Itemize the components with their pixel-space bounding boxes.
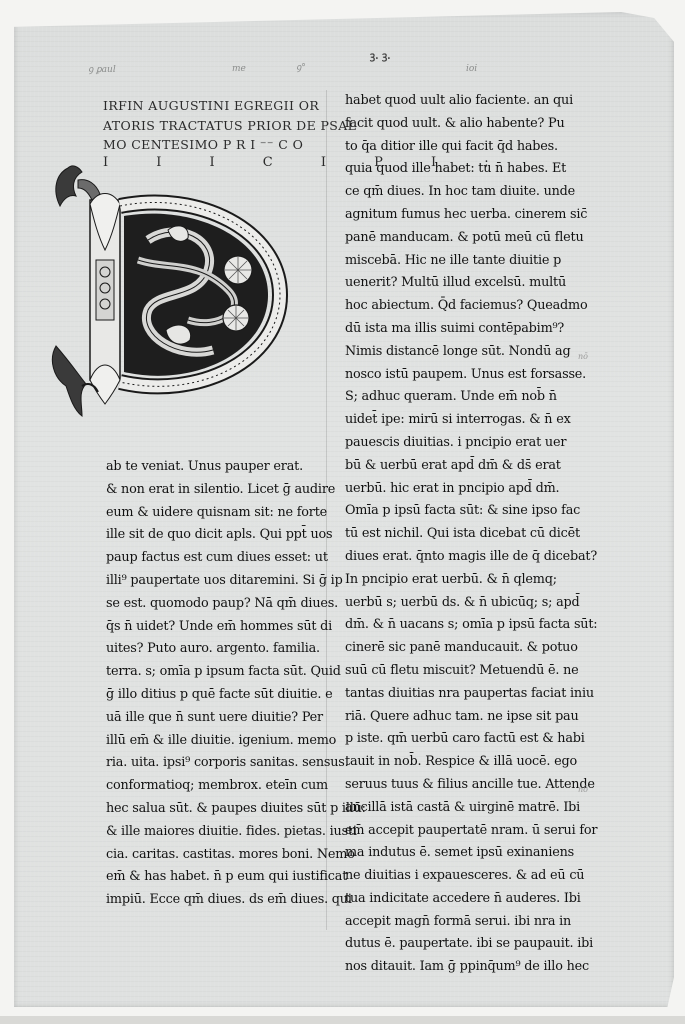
text-column-left: ab te veniat. Unus pauper erat. & non er…: [106, 456, 321, 912]
photo-bottom-edge: [0, 1016, 685, 1024]
margin-note: nō: [578, 352, 588, 361]
text-line: uā ille que n̄ sunt uere diuitie? Per: [106, 707, 321, 730]
text-line: ma indutus ē. semet ipsū exinaniens: [345, 842, 575, 865]
text-line: hoc abiectum. Q̄d faciemus? Queadmo: [345, 295, 575, 318]
rubric-line: IRFIN AUGUSTINI EGREGII OR: [103, 96, 318, 116]
text-line: quia quod ille habet: tu n̄ habes. Et: [345, 158, 575, 181]
text-line: cia. caritas. castitas. mores boni. Nemo: [106, 844, 321, 867]
text-line: bū & uerbū erat apd̄ dm̄ & ds̄ erat: [345, 455, 575, 478]
text-line: accepit magn̄ formā serui. ibi nra in: [345, 911, 575, 934]
foliation-mark: ꝯ ꝑaul: [88, 62, 116, 75]
text-line: In pncipio erat uerbū. & n̄ qlemq;: [345, 569, 575, 592]
text-line: agnitum fumus hec uerba. cinerem sic̄: [345, 204, 575, 227]
text-line: tū est nichil. Qui ista dicebat cū dicēt: [345, 523, 575, 546]
text-line: ce qm̄ diues. In hoc tam diuite. unde: [345, 181, 575, 204]
rubric-line: ATORIS TRACTATUS PRIOR DE PSAL: [103, 116, 318, 136]
rubric-heading: IRFIN AUGUSTINI EGREGII OR ATORIS TRACTA…: [103, 96, 318, 155]
text-line: em̄ & has habet. n̄ p eum qui iustificat: [106, 866, 321, 889]
text-line: facit quod uult. & alio habente? Pu: [345, 113, 575, 136]
text-line: ne diuitias i expauesceres. & ad eū cū: [345, 865, 575, 888]
text-line: & non erat in silentio. Licet ḡ audire: [106, 479, 321, 502]
text-line: suū cū fletu miscuit? Metuendū ē. ne: [345, 660, 575, 683]
text-line: eum & uidere quisnam sit: ne forte: [106, 502, 321, 525]
text-line: habet quod uult alio faciente. an qui: [345, 90, 575, 113]
foliation-mark: ꝯ°: [296, 60, 306, 73]
text-line: pauescis diuitias. i pncipio erat uer: [345, 432, 575, 455]
foliation-mark: me: [232, 64, 246, 74]
text-column-right: habet quod uult alio faciente. an qui fa…: [345, 90, 575, 979]
margin-note: nō: [578, 785, 588, 794]
rubric-line: MO CENTESIMO P R I ⁻⁻ C O: [103, 135, 318, 155]
text-line: uidet̄ ipe: mirū si interrogas. & n̄ ex: [345, 409, 575, 432]
text-line: diues erat. q̄nto magis ille de q̄ diceb…: [345, 546, 575, 569]
text-line: se est. quomodo paup? Nā qm̄ diues.: [106, 593, 321, 616]
text-line: dm̄. & n̄ uacans s; omīa p ipsū facta sū…: [345, 614, 575, 637]
text-line: uerbū. hic erat in pncipio apd̄ dm̄.: [345, 478, 575, 501]
text-line: paup factus est cum diues esset: ut: [106, 547, 321, 570]
text-line: ḡ illo ditius p quē facte sūt diuitie. e: [106, 684, 321, 707]
text-line: tantas diuitias nra paupertas faciat ini…: [345, 683, 575, 706]
text-line: impiū. Ecce qm̄ diues. ds em̄ diues. qui: [106, 889, 321, 912]
text-line: conformatioq; membrox. eteīn cum: [106, 775, 321, 798]
text-line: dutus ē. paupertate. ibi se paupauit. ib…: [345, 933, 575, 956]
text-line: q̄s n̄ uidet? Unde em̄ hommes sūt di: [106, 616, 321, 639]
foliation-mark: ioi: [466, 64, 477, 74]
text-line: cinerē sic panē manducauit. & potuo: [345, 637, 575, 660]
text-line: ancillā istā castā & uirginē matrē. Ibi: [345, 797, 575, 820]
text-line: tauit in nob̄. Respice & illā uocē. ego: [345, 751, 575, 774]
text-line: nos ditauit. Iam ḡ ppinq̄um⁹ de illo hec: [345, 956, 575, 979]
text-line: uerbū s; uerbū ds. & n̄ ubicūq; s; apd̄: [345, 592, 575, 615]
text-line: miscebā. Hic ne ille tante diuitie p: [345, 250, 575, 273]
text-line: seruus tuus & filius ancille tue. Attend…: [345, 774, 575, 797]
text-line: dū ista ma illis suimi contēpabim⁹?: [345, 318, 575, 341]
text-line: illi⁹ paupertate uos ditaremini. Si ḡ ip: [106, 570, 321, 593]
text-line: to q̄a ditior ille qui facit q̄d habes.: [345, 136, 575, 159]
text-line: uites? Puto auro. argento. familia.: [106, 638, 321, 661]
text-line: S; adhuc queram. Unde em̄ nob̄ n̄: [345, 386, 575, 409]
text-line: riā. Quere adhuc tam. ne ipse sit pau: [345, 706, 575, 729]
text-line: & ille maiores diuitie. fides. pietas. i…: [106, 821, 321, 844]
text-line: illū em̄ & ille diuitie. igenium. memo: [106, 730, 321, 753]
text-line: ria. uita. ipsi⁹ corporis sanitas. sensu…: [106, 752, 321, 775]
text-line: terra. s; omīa p ipsum facta sūt. Quid: [106, 661, 321, 684]
text-line: Omīa p ipsū facta sūt: & sine ipso fac: [345, 500, 575, 523]
text-line: em̄ accepit paupertatē nram. ū serui for: [345, 820, 575, 843]
illuminated-initial-d-icon: [48, 160, 288, 420]
text-line: tua indicitate accedere n̄ auderes. Ibi: [345, 888, 575, 911]
text-line: Nimis distancē longe sūt. Nondū ag: [345, 341, 575, 364]
text-line: nosco istū paupem. Unus est forsasse.: [345, 364, 575, 387]
folio-number: ꝫ. ꝫ.: [370, 48, 391, 62]
text-line: p iste. qm̄ uerbū caro factū est & habi: [345, 728, 575, 751]
text-line: uenerit? Multū illud excelsū. multū: [345, 272, 575, 295]
text-line: ille sit de quo dicit apls. Qui ppt̄ uos: [106, 524, 321, 547]
text-line: panē manducam. & potū meū cū fletu: [345, 227, 575, 250]
text-line: ab te veniat. Unus pauper erat.: [106, 456, 321, 479]
text-line: hec salua sūt. & paupes diuites sūt p il…: [106, 798, 321, 821]
